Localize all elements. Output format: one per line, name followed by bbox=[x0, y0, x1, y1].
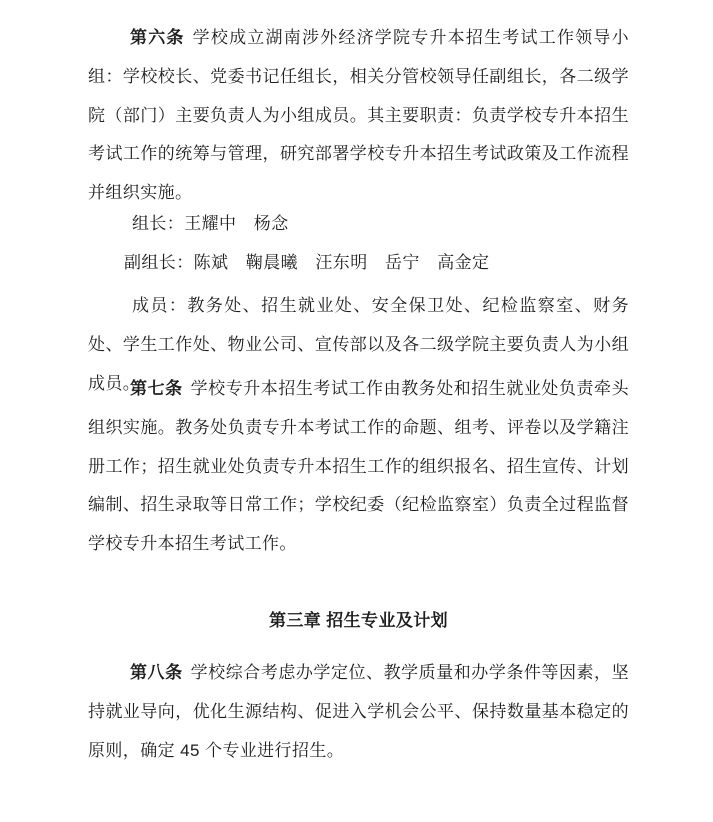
article-8-paragraph: 第八条学校综合考虑办学定位、教学质量和办学条件等因素，坚持就业导向，优化生源结构… bbox=[88, 654, 629, 770]
document-page: 第六条学校成立湖南涉外经济学院专升本招生考试工作领导小组：学校校长、党委书记任组… bbox=[0, 0, 713, 822]
article-6-text: 学校成立湖南涉外经济学院专升本招生考试工作领导小组：学校校长、党委书记任组长，相… bbox=[88, 28, 629, 202]
article-7-paragraph: 第七条学校专升本招生考试工作由教务处和招生就业处负责牵头组织实施。教务处负责专升… bbox=[88, 370, 629, 564]
article-6-paragraph: 第六条学校成立湖南涉外经济学院专升本招生考试工作领导小组：学校校长、党委书记任组… bbox=[88, 19, 629, 213]
article-8-number: 第八条 bbox=[130, 663, 183, 682]
group-leader-line: 组长：王耀中 杨念 bbox=[88, 205, 629, 244]
chapter-3-heading: 第三章 招生专业及计划 bbox=[88, 602, 629, 641]
deputy-leader-line: 副组长：陈斌 鞠晨曦 汪东明 岳宁 高金定 bbox=[88, 244, 629, 283]
article-6-number: 第六条 bbox=[130, 28, 185, 47]
article-7-text: 学校专升本招生考试工作由教务处和招生就业处负责牵头组织实施。教务处负责专升本考试… bbox=[88, 379, 629, 553]
article-7-number: 第七条 bbox=[130, 379, 183, 398]
